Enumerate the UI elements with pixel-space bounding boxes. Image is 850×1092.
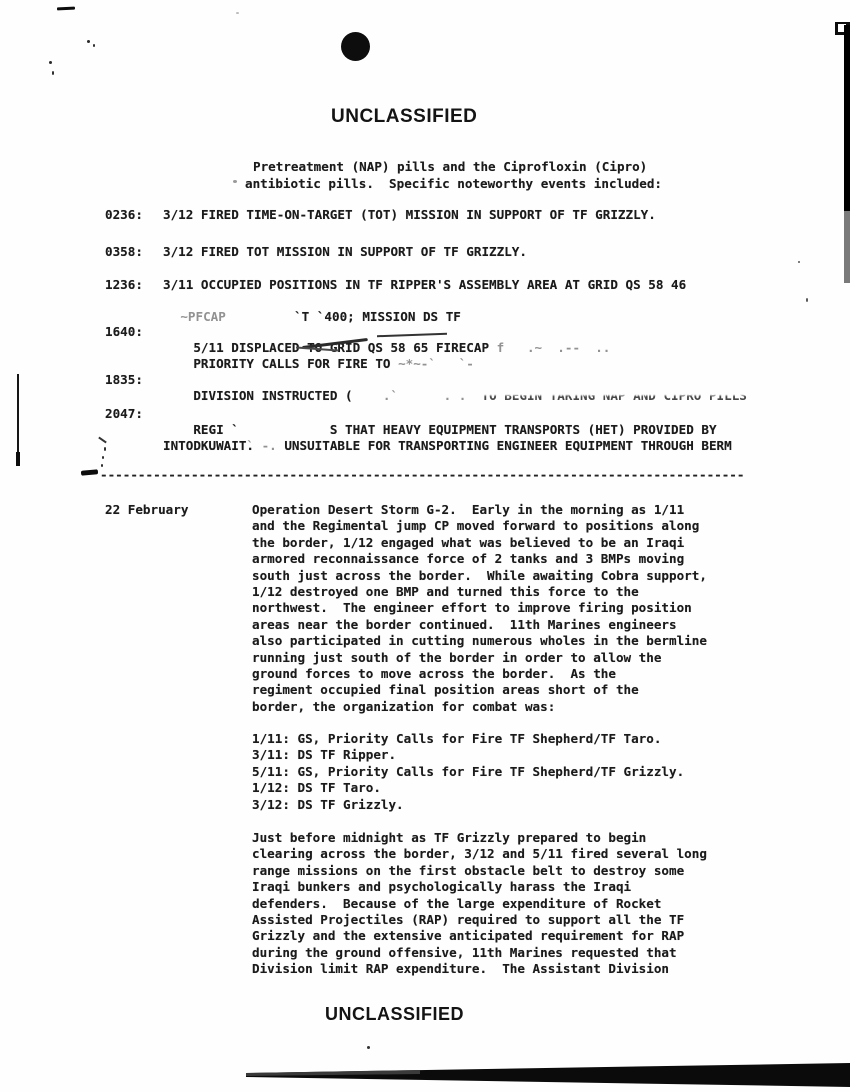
paragraph-line: northwest. The engineer effort to improv… (252, 600, 707, 616)
scan-noise-speck (233, 180, 237, 183)
scan-noise-speck (367, 1046, 370, 1049)
paragraph-line: during the ground offensive, 11th Marine… (252, 945, 707, 961)
paragraph-line: the border, 1/12 engaged what was believ… (252, 535, 707, 551)
intro-line: Pretreatment (NAP) pills and the Ciprofl… (253, 159, 647, 175)
timeline-time: 1640: (105, 324, 143, 340)
classification-header: UNCLASSIFIED (331, 106, 477, 128)
paragraph-line: running just south of the border in orde… (252, 650, 707, 666)
paragraph-line: Operation Desert Storm G-2. Early in the… (252, 502, 707, 518)
paragraph-line: Grizzly and the extensive anticipated re… (252, 928, 707, 944)
timeline-time: 0358: (105, 244, 143, 260)
paragraph-line: and the Regimental jump CP moved forward… (252, 518, 707, 534)
faded-text: ~*~-` `- (398, 356, 474, 371)
timeline-time: 1236: (105, 277, 143, 293)
paragraph-line: areas near the border continued. 11th Ma… (252, 617, 707, 633)
paragraph-line: clearing across the border, 3/12 and 5/1… (252, 846, 707, 862)
timeline-text: 3/12 FIRED TOT MISSION IN SUPPORT OF TF … (163, 244, 527, 260)
scan-noise-speck (93, 44, 95, 47)
paragraph-line: defenders. Because of the large expendit… (252, 896, 707, 912)
paragraph-line: regiment occupied final position areas s… (252, 682, 707, 698)
paragraph-line: Iraqi bunkers and psychologically harass… (252, 879, 707, 895)
scan-noise-speck (87, 40, 90, 43)
org-list-item: 1/11: GS, Priority Calls for Fire TF She… (252, 731, 684, 747)
scan-noise-speck (49, 61, 52, 64)
paragraph-line: Assisted Projectiles (RAP) required to s… (252, 912, 707, 928)
scan-noise-mark (98, 437, 107, 444)
scan-noise-speck (52, 71, 54, 75)
intro-line: antibiotic pills. Specific noteworthy ev… (245, 176, 662, 192)
section-separator: ----------------------------------------… (100, 467, 744, 483)
punch-hole (341, 32, 370, 61)
left-margin-line-blob (16, 452, 20, 466)
faded-text: ~PFCAP (180, 309, 226, 324)
entry-paragraph-1: Operation Desert Storm G-2. Early in the… (252, 502, 707, 715)
document-page: UNCLASSIFIED Pretreatment (NAP) pills an… (0, 0, 850, 1092)
timeline-text: 3/11 OCCUPIED POSITIONS IN TF RIPPER'S A… (163, 277, 686, 293)
faded-text: .` . . (353, 388, 482, 403)
paragraph-line: armored reconnaissance force of 2 tanks … (252, 551, 707, 567)
paragraph-line: south just across the border. While awai… (252, 568, 707, 584)
paragraph-line: Just before midnight as TF Grizzly prepa… (252, 830, 707, 846)
scan-noise-speck (102, 456, 104, 459)
scan-edge-strip (844, 25, 850, 283)
timeline-text: 3/12 FIRED TIME-ON-TARGET (TOT) MISSION … (163, 207, 656, 223)
timeline-time: 2047: (105, 406, 143, 422)
paragraph-line: range missions on the first obstacle bel… (252, 863, 707, 879)
paragraph-line: ground forces to move across the border.… (252, 666, 707, 682)
scan-noise-speck (236, 12, 239, 14)
scan-noise-speck (798, 261, 800, 263)
entry-paragraph-2: Just before midnight as TF Grizzly prepa… (252, 830, 707, 978)
org-list-item: 3/11: DS TF Ripper. (252, 747, 684, 763)
combat-organization-list: 1/11: GS, Priority Calls for Fire TF She… (252, 731, 684, 813)
org-list-item: 3/12: DS TF Grizzly. (252, 797, 684, 813)
paragraph-line: border, the organization for combat was: (252, 699, 707, 715)
paragraph-line: Division limit RAP expenditure. The Assi… (252, 961, 707, 977)
scan-noise-blob (81, 469, 98, 475)
timeline-text: INTO KUWAIT. (163, 438, 254, 454)
scan-noise-speck (806, 298, 808, 302)
faded-text: f .~ .-- .. (489, 340, 610, 355)
timeline-time: 1835: (105, 372, 143, 388)
org-list-item: 5/11: GS, Priority Calls for Fire TF She… (252, 764, 684, 780)
paragraph-line: 1/12 destroyed one BMP and turned this f… (252, 584, 707, 600)
clipped-text: TO BEGIN TAKING NAP AND CIPRO PILLS (481, 388, 746, 403)
entry-date: 22 February (105, 502, 188, 518)
org-list-item: 1/12: DS TF Taro. (252, 780, 684, 796)
classification-footer: UNCLASSIFIED (325, 1004, 464, 1025)
paragraph-line: also participated in cutting numerous wh… (252, 633, 707, 649)
timeline-time: 0236: (105, 207, 143, 223)
scan-noise-dash (57, 7, 75, 11)
scan-noise-speck (104, 447, 106, 451)
